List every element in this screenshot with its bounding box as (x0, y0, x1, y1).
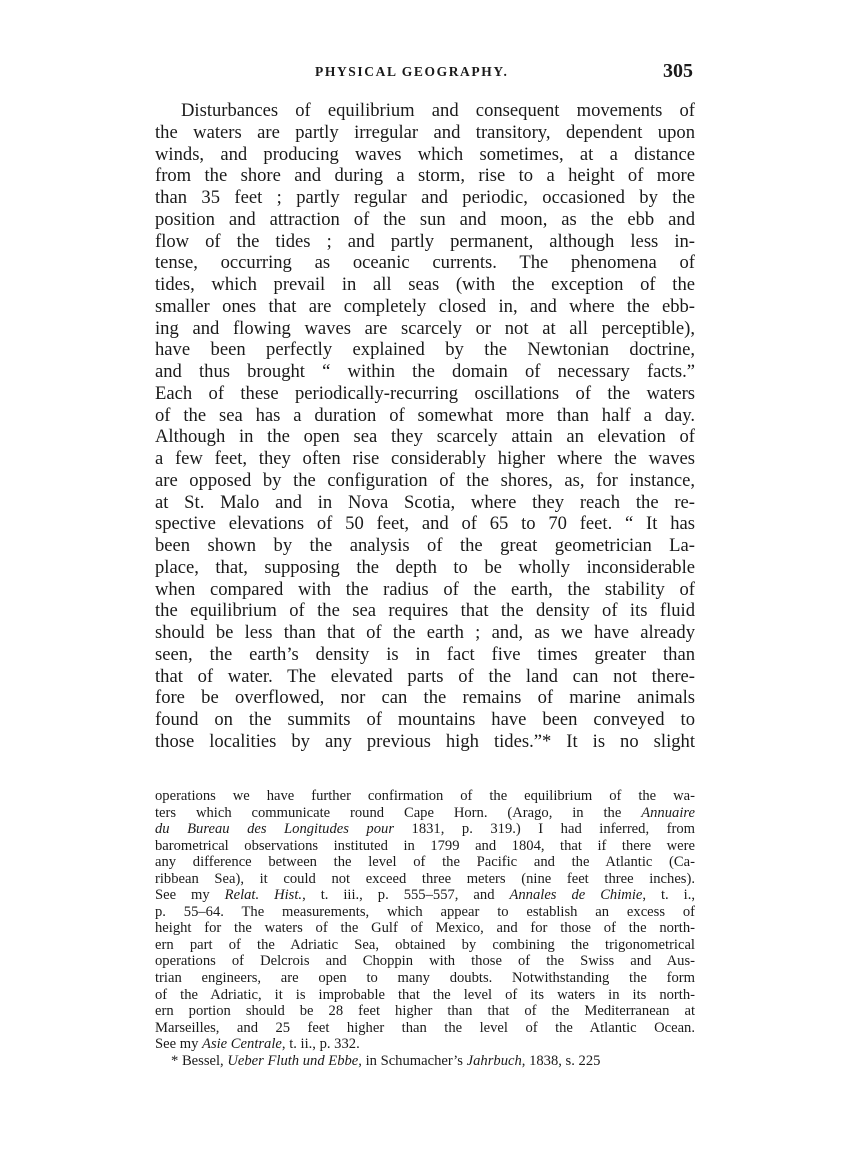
text-line: Disturbances of equilibrium and conseque… (155, 100, 695, 122)
text-line: those localities by any previous high ti… (155, 731, 695, 753)
text-line: than 35 feet ; partly regular and period… (155, 187, 695, 209)
text-line: flow of the tides ; and partly permanent… (155, 231, 695, 253)
footnote-line: operations of Delcrois and Choppin with … (155, 953, 695, 970)
text-line: are opposed by the configuration of the … (155, 470, 695, 492)
footnote-line: p. 55–64. The measurements, which appear… (155, 904, 695, 921)
text-line: found on the summits of mountains have b… (155, 709, 695, 731)
text-line: the equilibrium of the sea requires that… (155, 600, 695, 622)
text-line: smaller ones that are completely closed … (155, 296, 695, 318)
running-head: PHYSICAL GEOGRAPHY. 305 (155, 62, 695, 86)
text-line: spective elevations of 50 feet, and of 6… (155, 513, 695, 535)
footnote-line: See my Relat. Hist., t. iii., p. 555–557… (155, 887, 695, 904)
text-line: fore be overflowed, nor can the remains … (155, 687, 695, 709)
footnote-line: operations we have further confirmation … (155, 788, 695, 805)
text-line: when compared with the radius of the ear… (155, 579, 695, 601)
footnote-line: barometrical observations instituted in … (155, 838, 695, 855)
footnote-line: ribbean Sea), it could not exceed three … (155, 871, 695, 888)
footnote-line: Marseilles, and 25 feet higher than the … (155, 1020, 695, 1037)
footnote-line: ters which communicate round Cape Horn. … (155, 805, 695, 822)
footnote-line: ern portion should be 28 feet higher tha… (155, 1003, 695, 1020)
footnote-line: du Bureau des Longitudes pour 1831, p. 3… (155, 821, 695, 838)
text-line: Each of these periodically-recurring osc… (155, 383, 695, 405)
text-line: should be less than that of the earth ; … (155, 622, 695, 644)
text-line: a few feet, they often rise considerably… (155, 448, 695, 470)
text-line: tense, occurring as oceanic currents. Th… (155, 252, 695, 274)
main-text-paragraph: Disturbances of equilibrium and conseque… (155, 100, 695, 753)
text-line: ing and flowing waves are scarcely or no… (155, 318, 695, 340)
text-line: winds, and producing waves which sometim… (155, 144, 695, 166)
text-line: place, that, supposing the depth to be w… (155, 557, 695, 579)
text-line: tides, which prevail in all seas (with t… (155, 274, 695, 296)
footnote-line: ern part of the Adriatic Sea, obtained b… (155, 937, 695, 954)
footnote-line: See my Asie Centrale, t. ii., p. 332. (155, 1036, 695, 1053)
text-line: position and attraction of the sun and m… (155, 209, 695, 231)
text-line: Although in the open sea they scarcely a… (155, 426, 695, 448)
footnote-line: trian engineers, are open to many doubts… (155, 970, 695, 987)
text-line: of the sea has a duration of somewhat mo… (155, 405, 695, 427)
text-line: from the shore and during a storm, rise … (155, 165, 695, 187)
footnote-line: any difference between the level of the … (155, 854, 695, 871)
text-line: have been perfectly explained by the New… (155, 339, 695, 361)
running-title: PHYSICAL GEOGRAPHY. (315, 64, 508, 80)
text-line: seen, the earth’s density is in fact fiv… (155, 644, 695, 666)
footnote-asterisk-citation: * Bessel, Ueber Fluth und Ebbe, in Schum… (155, 1053, 695, 1070)
page-number: 305 (663, 60, 693, 83)
text-line: and thus brought “ within the domain of … (155, 361, 695, 383)
footnote-line: of the Adriatic, it is improbable that t… (155, 987, 695, 1004)
footnotes: operations we have further confirmation … (155, 788, 695, 1069)
footnote-line: height for the waters of the Gulf of Mex… (155, 920, 695, 937)
text-line: at St. Malo and in Nova Scotia, where th… (155, 492, 695, 514)
text-line: the waters are partly irregular and tran… (155, 122, 695, 144)
text-line: that of water. The elevated parts of the… (155, 666, 695, 688)
text-line: been shown by the analysis of the great … (155, 535, 695, 557)
